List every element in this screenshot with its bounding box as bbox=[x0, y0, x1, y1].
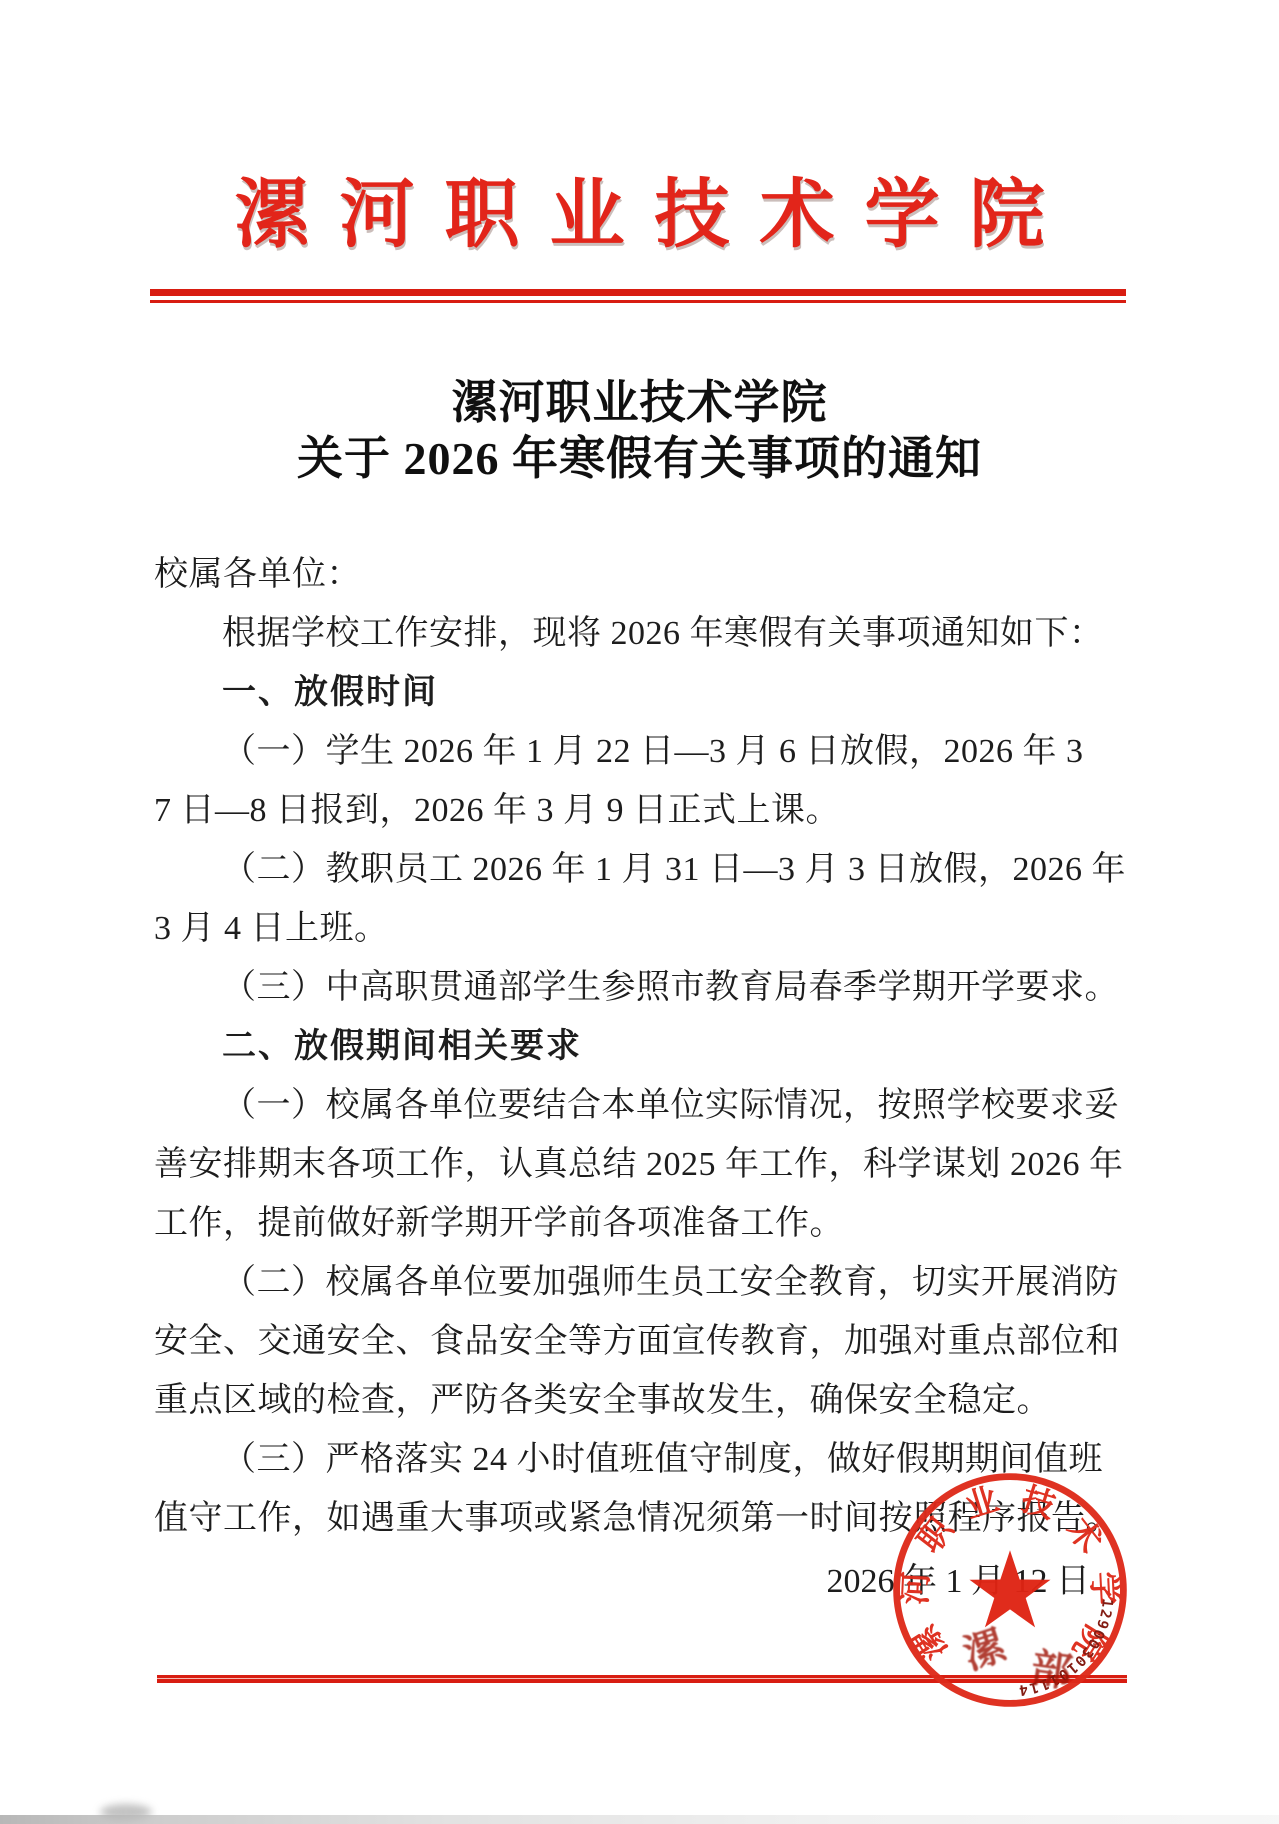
svg-text:漯: 漯 bbox=[905, 1618, 954, 1666]
body-line: 一、放假时间 bbox=[154, 663, 1099, 722]
body-line: 善安排期末各项工作，认真总结 2025 年工作，科学谋划 2026 年 bbox=[154, 1135, 1099, 1194]
body-line: （一）校属各单位要结合本单位实际情况，按照学校要求妥 bbox=[154, 1076, 1099, 1135]
svg-text:1: 1 bbox=[1098, 1598, 1115, 1609]
body-line: 3 月 4 日上班。 bbox=[154, 899, 1099, 958]
svg-text:4: 4 bbox=[1018, 1680, 1029, 1697]
body-line: （二）教职员工 2026 年 1 月 31 日—3 月 3 日放假，2026 年 bbox=[154, 840, 1099, 899]
doc-title-line2: 关于 2026 年寒假有关事项的通知 bbox=[0, 422, 1279, 488]
svg-text:河: 河 bbox=[897, 1571, 936, 1606]
notice-document-page: 漯河职业技术学院 漯河职业技术学院 关于 2026 年寒假有关事项的通知 校属各… bbox=[0, 0, 1279, 1824]
letterhead-rule-thin bbox=[150, 300, 1126, 303]
body-line: （一）学生 2026 年 1 月 22 日—3 月 6 日放假，2026 年 3 bbox=[154, 722, 1099, 781]
body-line: 根据学校工作安排，现将 2026 年寒假有关事项通知如下： bbox=[154, 604, 1099, 663]
official-seal-stamp: 漯河职业技术学院 4111010300921 漯部 bbox=[884, 1464, 1136, 1716]
letterhead-school-name: 漯河职业技术学院 bbox=[0, 168, 1279, 264]
svg-text:漯: 漯 bbox=[958, 1622, 1012, 1678]
body-line: 安全、交通安全、食品安全等方面宣传教育，加强对重点部位和 bbox=[154, 1312, 1099, 1371]
body-line: 7 日—8 日报到，2026 年 3 月 9 日正式上课。 bbox=[154, 781, 1099, 840]
stamp-ghost-marks: 漯部 bbox=[958, 1622, 1075, 1695]
scan-bottom-edge bbox=[0, 1815, 1279, 1824]
body-line: 校属各单位： bbox=[154, 545, 1099, 604]
notice-body: 校属各单位：根据学校工作安排，现将 2026 年寒假有关事项通知如下：一、放假时… bbox=[154, 545, 1099, 1548]
letterhead-rule-thick bbox=[150, 289, 1126, 296]
body-line: 重点区域的检查，严防各类安全事故发生，确保安全稳定。 bbox=[154, 1371, 1099, 1430]
body-line: 工作，提前做好新学期开学前各项准备工作。 bbox=[154, 1194, 1099, 1253]
stamp-svg: 漯河职业技术学院 4111010300921 漯部 bbox=[884, 1464, 1136, 1716]
body-line: 二、放假期间相关要求 bbox=[154, 1017, 1099, 1076]
body-line: （三）中高职贯通部学生参照市教育局春季学期开学要求。 bbox=[154, 958, 1099, 1017]
body-line: （二）校属各单位要加强师生员工安全教育，切实开展消防 bbox=[154, 1253, 1099, 1312]
stamp-star-icon bbox=[969, 1550, 1050, 1627]
svg-text:部: 部 bbox=[1028, 1645, 1075, 1695]
